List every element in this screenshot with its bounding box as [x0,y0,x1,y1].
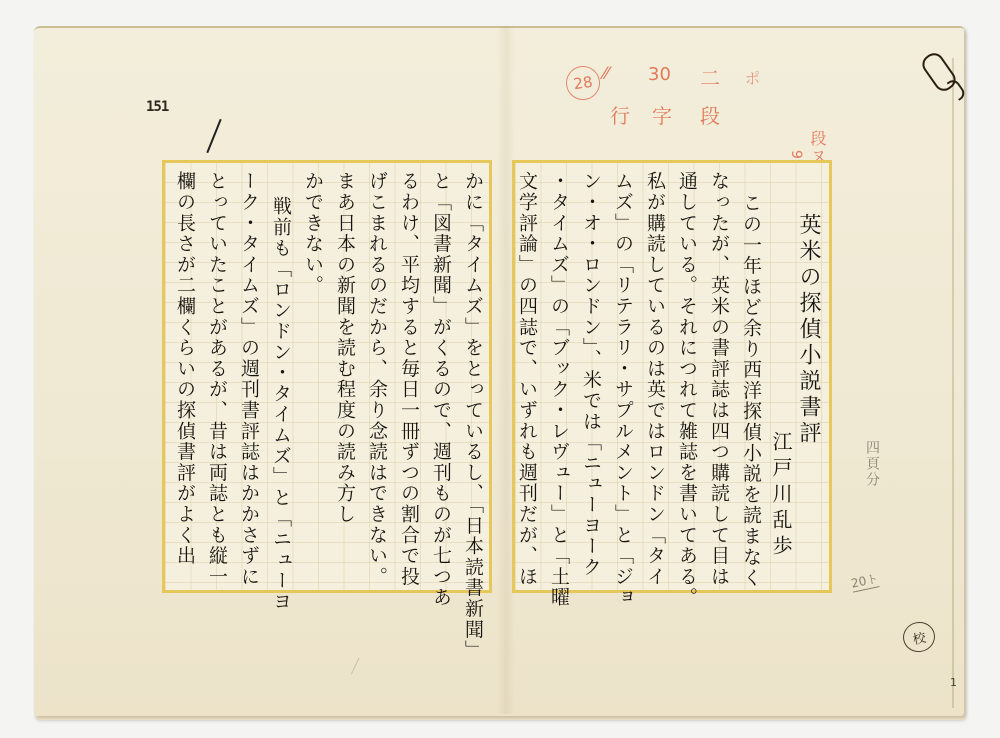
red-note-ji: 字 [652,100,672,129]
text-column: とっていたことがあるが、昔は両誌とも縦一 [204,171,229,587]
right-page-grid: 英米の探偵小説書評 江戸川乱歩 この一年ほど余り西洋探偵小説を読まなく なったが… [512,160,832,593]
red-note-ni: 二 [700,62,720,91]
text-column: かに「タイムズ」をとっているし、「日本読書新聞」 [460,171,485,661]
text-column: なったが、英米の書評誌は四つ購読して目は [706,171,731,587]
text-column: まあ日本の新聞を読む程度の読み方し [332,171,357,525]
text-column: 文学評論」の四誌で、いずれも週刊だが、ほ [514,171,539,587]
text-column: この一年ほど余り西洋探偵小説を読まなく [738,193,763,588]
text-column: ン・オ・ロンドン」、米では「ニューヨーク [578,171,603,578]
text-column: 戦前も「ロンドン・タイムズ」と「ニューヨ [268,196,293,612]
red-note-strike: ⁄⁄ [603,64,609,84]
text-column: るわけ、平均すると毎日一冊ずつの割合で投 [396,171,421,587]
red-note-30: 30 [648,64,671,85]
text-column: 私が購読しているのは英ではロンドン「タイ [642,171,667,587]
text-column: げこまれるのだから、余り念読はできない。 [364,171,389,587]
text-column: かできない。 [300,171,325,296]
text-column: ムズ」の「リテラリ・サプルメント」と「ジョ [610,171,635,608]
text-column: ーク・タイムズ」の週刊書評誌はかかさずに [236,171,261,587]
red-note-gyo: 行 [610,100,630,129]
red-note-dan: 段 [700,100,720,129]
text-column: ・タイムズ」の「ブック・レヴュー」と「土曜 [546,171,571,608]
text-column: 通している。それにつれて雑誌を書いてある。 [674,171,699,608]
article-title: 英米の探偵小説書評 [796,213,821,447]
text-column: 欄の長さが二欄くらいの探偵書評がよく出 [172,171,197,566]
text-column: と「図書新聞」がくるので、週刊ものが七つあ [428,171,453,608]
left-page-grid: かに「タイムズ」をとっているし、「日本読書新聞」 と「図書新聞」がくるので、週刊… [162,160,492,593]
red-note-po: ポ [740,70,763,88]
corner-mark: 1 [950,676,957,689]
page-number: 151 [146,99,168,115]
pencil-note-page-count: 四頁分 [862,440,882,488]
article-author: 江戸川乱歩 [768,431,793,561]
